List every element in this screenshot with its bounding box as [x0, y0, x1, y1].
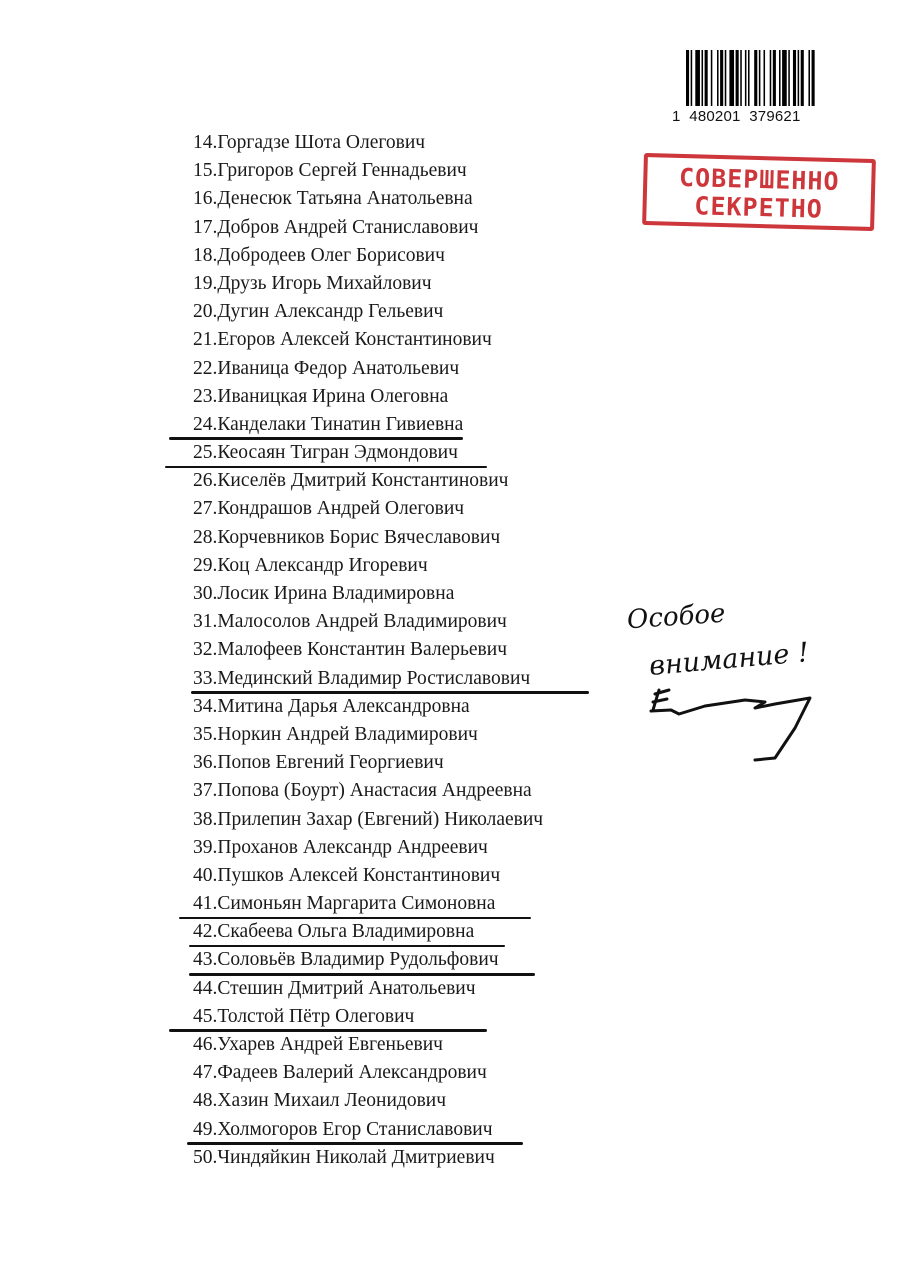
- list-item: 40.Пушков Алексей Константинович: [193, 862, 543, 890]
- item-number: 27.: [193, 498, 217, 519]
- list-item: 46.Ухарев Андрей Евгеньевич: [193, 1031, 543, 1059]
- item-number: 21.: [193, 329, 217, 350]
- item-name: Холмогоров Егор Станиславович: [217, 1119, 492, 1140]
- item-name: Друзь Игорь Михайлович: [217, 273, 431, 294]
- item-number: 50.: [193, 1147, 217, 1168]
- item-number: 39.: [193, 837, 217, 858]
- item-name: Попов Евгений Георгиевич: [217, 752, 443, 773]
- item-name: Фадеев Валерий Александрович: [217, 1062, 486, 1083]
- list-item: 16.Денесюк Татьяна Анатольевна: [193, 185, 543, 213]
- list-item: 48.Хазин Михаил Леонидович: [193, 1087, 543, 1115]
- list-item: 17.Добров Андрей Станиславович: [193, 214, 543, 242]
- item-name: Соловьёв Владимир Рудольфович: [217, 949, 498, 970]
- item-number: 14.: [193, 132, 217, 153]
- item-name: Лосик Ирина Владимировна: [217, 583, 454, 604]
- item-number: 32.: [193, 639, 217, 660]
- item-number: 30.: [193, 583, 217, 604]
- list-item: 50.Чиндяйкин Николай Дмитриевич: [193, 1144, 543, 1172]
- list-item: 14.Горгадзе Шота Олегович: [193, 129, 543, 157]
- list-item: 21.Егоров Алексей Константинович: [193, 326, 543, 354]
- item-name: Прилепин Захар (Евгений) Николаевич: [217, 809, 543, 830]
- item-number: 28.: [193, 527, 217, 548]
- item-name: Горгадзе Шота Олегович: [217, 132, 425, 153]
- item-number: 31.: [193, 611, 217, 632]
- list-item: 49.Холмогоров Егор Станиславович: [193, 1116, 543, 1144]
- item-number: 24.: [193, 414, 217, 435]
- list-item: 28.Корчевников Борис Вячеславович: [193, 524, 543, 552]
- item-name: Проханов Александр Андреевич: [217, 837, 487, 858]
- item-name: Добродеев Олег Борисович: [217, 245, 445, 266]
- item-number: 18.: [193, 245, 217, 266]
- item-number: 35.: [193, 724, 217, 745]
- item-number: 47.: [193, 1062, 217, 1083]
- item-name: Денесюк Татьяна Анатольевна: [217, 188, 472, 209]
- list-item: 27.Кондрашов Андрей Олегович: [193, 495, 543, 523]
- item-name: Канделаки Тинатин Гивиевна: [217, 414, 463, 435]
- item-number: 42.: [193, 921, 217, 942]
- item-name: Скабеева Ольга Владимировна: [217, 921, 474, 942]
- item-name: Симоньян Маргарита Симоновна: [217, 893, 495, 914]
- item-number: 43.: [193, 949, 217, 970]
- list-item: 22.Иваница Федор Анатольевич: [193, 355, 543, 383]
- item-number: 34.: [193, 696, 217, 717]
- document-page: 1 480201 379621 СОВЕРШЕННО СЕКРЕТНО 14.Г…: [0, 0, 905, 1280]
- item-name: Малосолов Андрей Владимирович: [217, 611, 506, 632]
- list-item: 34.Митина Дарья Александровна: [193, 693, 543, 721]
- list-item: 26.Киселёв Дмитрий Константинович: [193, 467, 543, 495]
- top-secret-stamp: СОВЕРШЕННО СЕКРЕТНО: [642, 153, 876, 231]
- item-number: 38.: [193, 809, 217, 830]
- item-number: 45.: [193, 1006, 217, 1027]
- item-name: Малофеев Константин Валерьевич: [217, 639, 507, 660]
- list-item: 23.Иваницкая Ирина Олеговна: [193, 383, 543, 411]
- item-number: 26.: [193, 470, 217, 491]
- item-name: Иваница Федор Анатольевич: [217, 358, 459, 379]
- list-item: 15.Григоров Сергей Геннадьевич: [193, 157, 543, 185]
- item-name: Митина Дарья Александровна: [217, 696, 469, 717]
- item-number: 49.: [193, 1119, 217, 1140]
- list-item: 29.Коц Александр Игоревич: [193, 552, 543, 580]
- item-name: Добров Андрей Станиславович: [217, 217, 478, 238]
- item-name: Чиндяйкин Николай Дмитриевич: [217, 1147, 494, 1168]
- signature-icon: [615, 598, 845, 778]
- item-number: 46.: [193, 1034, 217, 1055]
- item-name: Норкин Андрей Владимирович: [217, 724, 477, 745]
- handwritten-note: Особое внимание !: [615, 598, 845, 778]
- item-number: 19.: [193, 273, 217, 294]
- item-name: Мединский Владимир Ростиславович: [217, 668, 530, 689]
- item-name: Дугин Александр Гельевич: [217, 301, 443, 322]
- item-name: Толстой Пётр Олегович: [217, 1006, 414, 1027]
- item-number: 17.: [193, 217, 217, 238]
- item-number: 29.: [193, 555, 217, 576]
- item-number: 23.: [193, 386, 217, 407]
- stamp-line-1: СОВЕРШЕННО: [647, 163, 872, 197]
- item-name: Корчевников Борис Вячеславович: [217, 527, 500, 548]
- item-number: 48.: [193, 1090, 217, 1111]
- list-item: 24.Канделаки Тинатин Гивиевна: [193, 411, 543, 439]
- list-item: 33.Мединский Владимир Ростиславович: [193, 665, 543, 693]
- list-item: 37.Попова (Боурт) Анастасия Андреевна: [193, 777, 543, 805]
- item-number: 33.: [193, 668, 217, 689]
- item-name: Григоров Сергей Геннадьевич: [217, 160, 466, 181]
- item-number: 20.: [193, 301, 217, 322]
- item-name: Пушков Алексей Константинович: [217, 865, 500, 886]
- item-name: Попова (Боурт) Анастасия Андреевна: [217, 780, 531, 801]
- list-item: 44.Стешин Дмитрий Анатольевич: [193, 975, 543, 1003]
- item-name: Кондрашов Андрей Олегович: [217, 498, 464, 519]
- list-item: 18.Добродеев Олег Борисович: [193, 242, 543, 270]
- list-item: 43.Соловьёв Владимир Рудольфович: [193, 946, 543, 974]
- item-name: Стешин Дмитрий Анатольевич: [217, 978, 475, 999]
- item-number: 22.: [193, 358, 217, 379]
- item-name: Коц Александр Игоревич: [217, 555, 427, 576]
- item-name: Киселёв Дмитрий Константинович: [217, 470, 508, 491]
- list-item: 39.Проханов Александр Андреевич: [193, 834, 543, 862]
- item-number: 16.: [193, 188, 217, 209]
- list-item: 35.Норкин Андрей Владимирович: [193, 721, 543, 749]
- names-list: 14.Горгадзе Шота Олегович15.Григоров Сер…: [193, 129, 543, 1172]
- list-item: 32.Малофеев Константин Валерьевич: [193, 636, 543, 664]
- item-name: Ухарев Андрей Евгеньевич: [217, 1034, 443, 1055]
- item-number: 37.: [193, 780, 217, 801]
- item-number: 36.: [193, 752, 217, 773]
- barcode-number: 1 480201 379621: [672, 108, 801, 125]
- list-item: 38.Прилепин Захар (Евгений) Николаевич: [193, 806, 543, 834]
- item-name: Иваницкая Ирина Олеговна: [217, 386, 448, 407]
- list-item: 31.Малосолов Андрей Владимирович: [193, 608, 543, 636]
- stamp-line-2: СЕКРЕТНО: [646, 191, 871, 225]
- list-item: 19.Друзь Игорь Михайлович: [193, 270, 543, 298]
- item-number: 15.: [193, 160, 217, 181]
- list-item: 42.Скабеева Ольга Владимировна: [193, 918, 543, 946]
- item-number: 41.: [193, 893, 217, 914]
- list-item: 36.Попов Евгений Георгиевич: [193, 749, 543, 777]
- list-item: 47.Фадеев Валерий Александрович: [193, 1059, 543, 1087]
- list-item: 20.Дугин Александр Гельевич: [193, 298, 543, 326]
- item-number: 44.: [193, 978, 217, 999]
- item-name: Кеосаян Тигран Эдмондович: [217, 442, 458, 463]
- list-item: 45.Толстой Пётр Олегович: [193, 1003, 543, 1031]
- item-number: 25.: [193, 442, 217, 463]
- list-item: 41.Симоньян Маргарита Симоновна: [193, 890, 543, 918]
- list-item: 30.Лосик Ирина Владимировна: [193, 580, 543, 608]
- list-item: 25.Кеосаян Тигран Эдмондович: [193, 439, 543, 467]
- item-name: Хазин Михаил Леонидович: [217, 1090, 446, 1111]
- item-number: 40.: [193, 865, 217, 886]
- item-name: Егоров Алексей Константинович: [217, 329, 491, 350]
